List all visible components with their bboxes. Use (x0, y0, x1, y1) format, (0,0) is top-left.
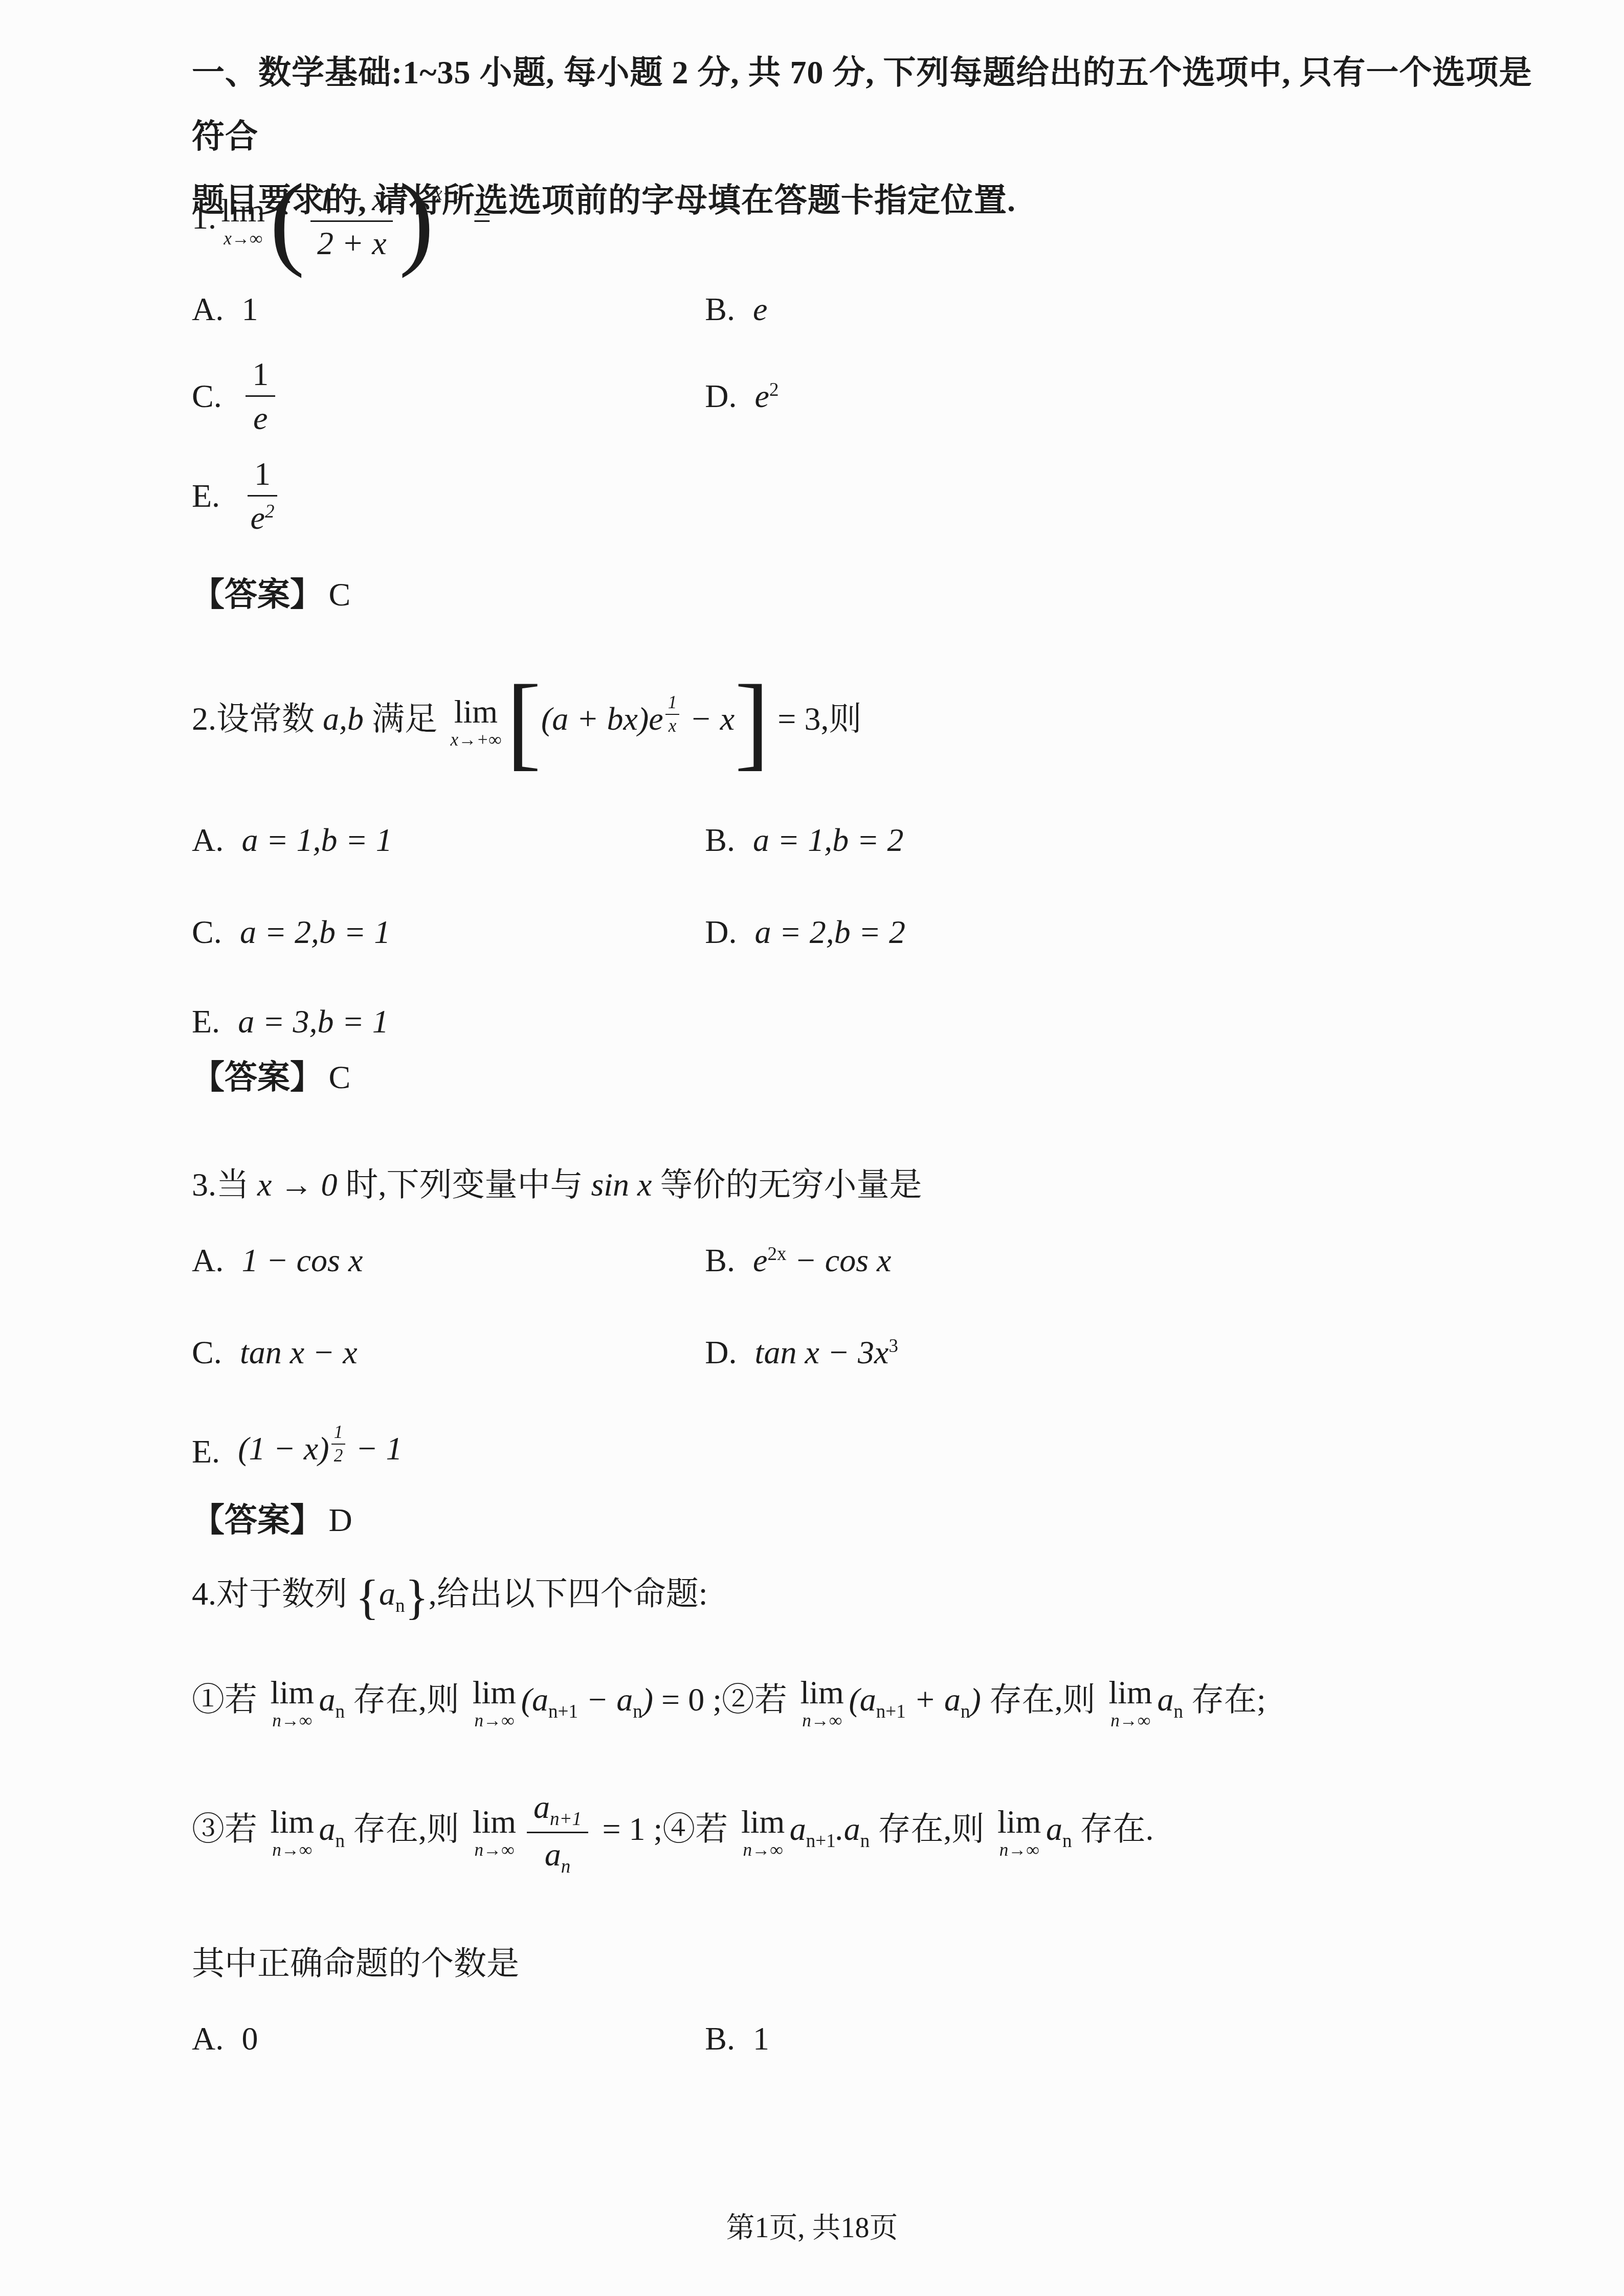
option-label: D. (705, 1330, 737, 1376)
q1-option-e: E. 1e2 (192, 453, 705, 539)
q2-option-d: D. a = 2,b = 2 (705, 909, 1542, 955)
q2-option-e: E. a = 3,b = 1 (192, 999, 705, 1045)
q1-option-d: D. e2 (705, 373, 1542, 419)
option-label: E. (192, 1429, 220, 1475)
option-label: E. (192, 473, 220, 519)
q2-option-a: A. a = 1,b = 1 (192, 817, 705, 863)
page-footer: 第1页, 共18页 (0, 2205, 1624, 2246)
option-label: A. (192, 1237, 224, 1284)
q2-options-row3: E. a = 3,b = 1 (192, 999, 1542, 1045)
q2-formula: 2.设常数 a,b 满足 limx→+∞[(a + bx)e1x − x] = … (192, 701, 861, 737)
option-value: a = 2,b = 1 (240, 909, 390, 955)
q4-stem2: 其中正确命题的个数是 (192, 1941, 1542, 1987)
q2-option-c: C. a = 2,b = 1 (192, 909, 705, 955)
option-value: 1 − cos x (241, 1237, 363, 1284)
option-label: A. (192, 2016, 224, 2062)
answer-value: D (329, 1502, 352, 1538)
q3-options-row2: C. tan x − x D. tan x − 3x3 (192, 1330, 1542, 1376)
q3-options-row3: E. (1 − x)12 − 1 (192, 1426, 1542, 1477)
option-value: e2 (755, 373, 779, 419)
option-value: a = 1,b = 1 (241, 817, 392, 863)
q4-propositions-1-2: ①若 limn→∞an 存在,则 limn→∞(an+1 − an) = 0 ;… (192, 1676, 1542, 1729)
option-label: D. (705, 909, 737, 955)
option-value: 0 (241, 2016, 258, 2062)
option-value: tan x − x (240, 1330, 358, 1376)
option-value: 1e (240, 353, 281, 439)
option-label: B. (705, 817, 735, 863)
q3-options-row1: A. 1 − cos x B. e2x − cos x (192, 1237, 1542, 1284)
header-line1: 一、数学基础:1~35 小题, 每小题 2 分, 共 70 分, 下列每题给出的… (192, 41, 1542, 169)
option-label: E. (192, 999, 220, 1045)
option-label: D. (705, 373, 737, 419)
option-label: C. (192, 373, 222, 419)
exam-document-page: 一、数学基础:1~35 小题, 每小题 2 分, 共 70 分, 下列每题给出的… (0, 0, 1624, 2296)
q4-formula: 4.对于数列 {an},给出以下四个命题: (192, 1575, 708, 1612)
q1-options-row3: E. 1e2 (192, 453, 1542, 539)
q3-stem: 3.当 x → 0 时,下列变量中与 sin x 等价的无穷小量是 (192, 1162, 1542, 1208)
option-value: a = 2,b = 2 (755, 909, 905, 955)
option-value: e (753, 286, 767, 332)
q2-options-row2: C. a = 2,b = 1 D. a = 2,b = 2 (192, 909, 1542, 955)
option-label: A. (192, 286, 224, 332)
q3-option-b: B. e2x − cos x (705, 1237, 1542, 1284)
q3-formula: 3.当 x → 0 时,下列变量中与 sin x 等价的无穷小量是 (192, 1166, 922, 1203)
q3-answer: 【答案】D (192, 1497, 1542, 1543)
option-value: 1 (753, 2016, 769, 2062)
q3-option-d: D. tan x − 3x3 (705, 1330, 1542, 1376)
q4-prop-line2: ③若 limn→∞an 存在,则 limn→∞an+1an = 1 ;④若 li… (192, 1811, 1154, 1847)
option-value: 1 (241, 286, 258, 332)
answer-value: C (329, 576, 351, 613)
q1-stem: 1.limx→∞(1 + x2 + x)x−1 = (192, 169, 1542, 274)
option-label: B. (705, 1237, 735, 1284)
q2-option-b: B. a = 1,b = 2 (705, 817, 1542, 863)
q4-option-b: B. 1 (705, 2016, 1542, 2062)
option-value: tan x − 3x3 (755, 1330, 898, 1376)
q4-prop-line1: ①若 limn→∞an 存在,则 limn→∞(an+1 − an) = 0 ;… (192, 1681, 1266, 1718)
q1-formula: 1.limx→∞(1 + x2 + x)x−1 = (192, 199, 491, 236)
q1-options-row2: C. 1e D. e2 (192, 353, 1542, 439)
q1-option-c: C. 1e (192, 353, 705, 439)
option-value: a = 1,b = 2 (753, 817, 903, 863)
q2-answer: 【答案】C (192, 1054, 1542, 1100)
option-value: e2x − cos x (753, 1237, 891, 1284)
option-value: 1e2 (238, 453, 287, 539)
q2-options-row1: A. a = 1,b = 1 B. a = 1,b = 2 (192, 817, 1542, 863)
q4-option-a: A. 0 (192, 2016, 705, 2062)
q2-stem: 2.设常数 a,b 满足 limx→+∞[(a + bx)e1x − x] = … (192, 670, 1542, 775)
q1-options-row1: A. 1 B. e (192, 286, 1542, 332)
q4-stem: 4.对于数列 {an},给出以下四个命题: (192, 1571, 1542, 1622)
option-value: (1 − x)12 − 1 (238, 1426, 402, 1477)
q4-options-row1: A. 0 B. 1 (192, 2016, 1542, 2062)
answer-label: 【答案】 (192, 1502, 323, 1538)
q4-stem2-text: 其中正确命题的个数是 (192, 1945, 519, 1982)
q3-option-a: A. 1 − cos x (192, 1237, 705, 1284)
option-label: C. (192, 1330, 222, 1376)
answer-value: C (329, 1059, 351, 1095)
answer-label: 【答案】 (192, 576, 323, 613)
q4-propositions-3-4: ③若 limn→∞an 存在,则 limn→∞an+1an = 1 ;④若 li… (192, 1786, 1542, 1879)
q3-option-e: E. (1 − x)12 − 1 (192, 1426, 705, 1477)
q1-option-b: B. e (705, 286, 1542, 332)
q1-answer: 【答案】C (192, 572, 1542, 618)
q1-option-a: A. 1 (192, 286, 705, 332)
option-label: B. (705, 2016, 735, 2062)
answer-label: 【答案】 (192, 1059, 323, 1095)
option-value: a = 3,b = 1 (238, 999, 388, 1045)
option-label: C. (192, 909, 222, 955)
q3-option-c: C. tan x − x (192, 1330, 705, 1376)
option-label: A. (192, 817, 224, 863)
option-label: B. (705, 286, 735, 332)
